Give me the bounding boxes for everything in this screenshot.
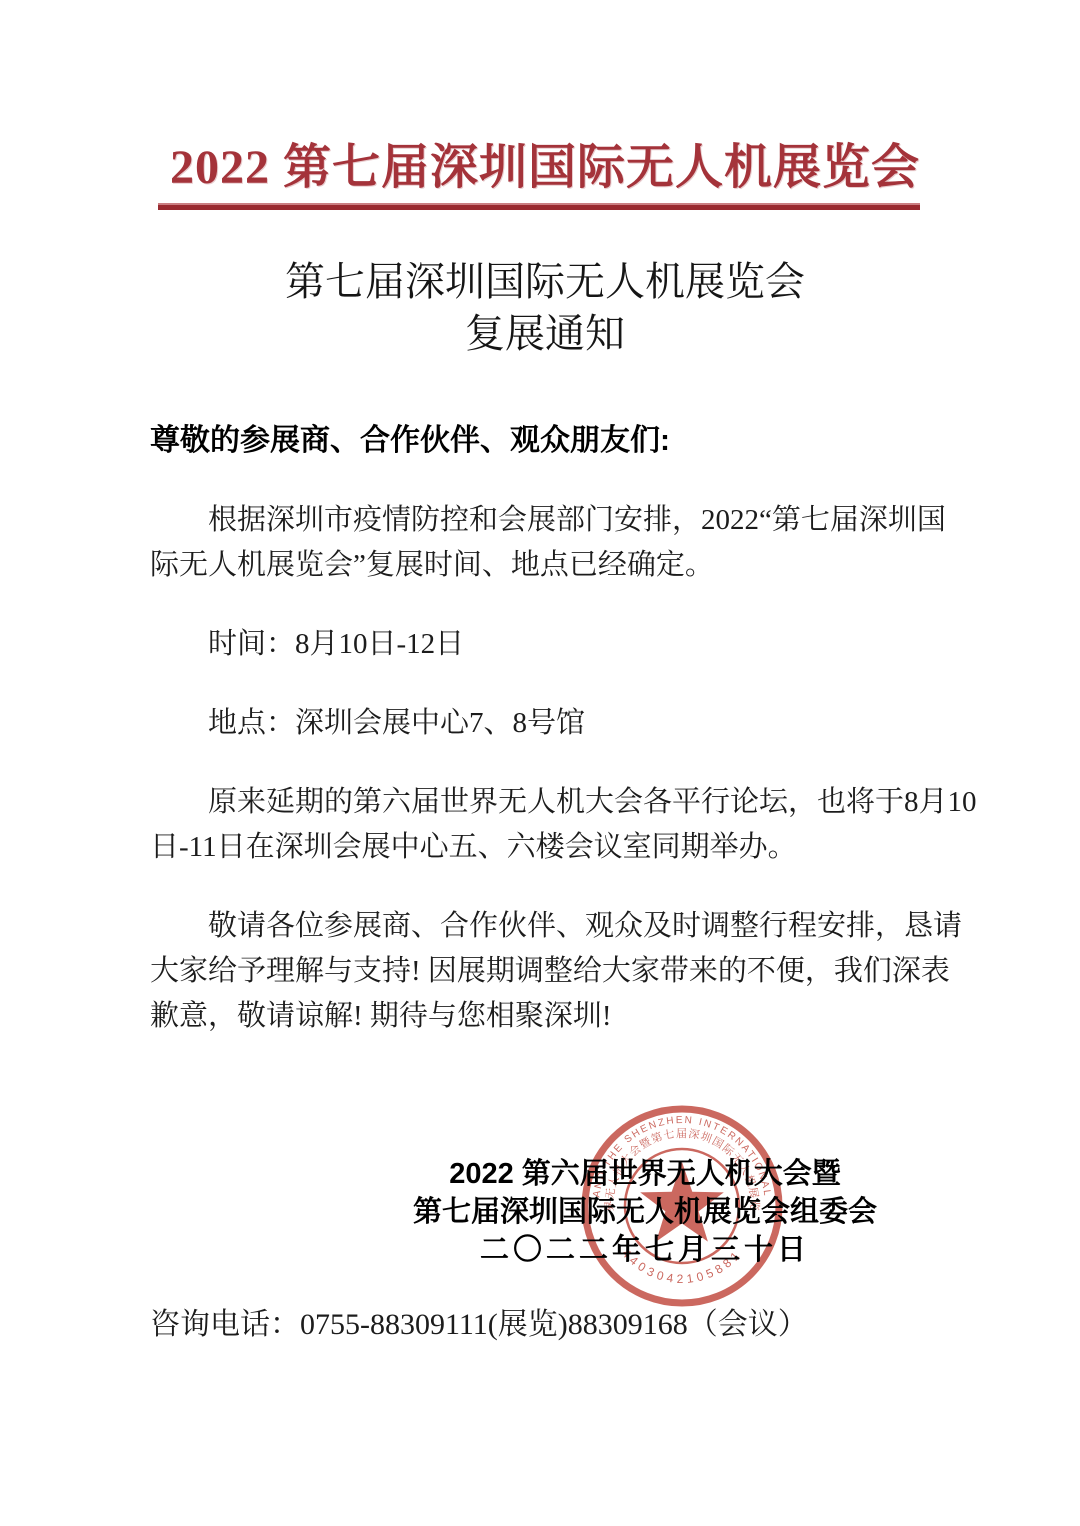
document-title-line1: 第七届深圳国际无人机展览会 bbox=[150, 256, 940, 308]
signature-block: 2022 第六届世界无人机大会暨 第七届深圳国际无人机展览会组委会 二〇二二年七… bbox=[350, 1155, 940, 1269]
contact-phone-line: 咨询电话：0755-88309111(展览)88309168（会议） bbox=[150, 1303, 940, 1347]
paragraph-forum-line2: 日-11日在深圳会展中心五、六楼会议室同期举办。 bbox=[150, 825, 940, 870]
paragraph-intro: 根据深圳市疫情防控和会展部门安排，2022“第七届深圳国 际无人机展览会”复展时… bbox=[150, 498, 940, 588]
venue-line-text: 地点：深圳会展中心7、8号馆 bbox=[150, 701, 940, 746]
paragraph-intro-line1: 根据深圳市疫情防控和会展部门安排，2022“第七届深圳国 bbox=[150, 498, 940, 543]
paragraph-apology-line2: 大家给予理解与支持! 因展期调整给大家带来的不便，我们深表 bbox=[150, 949, 940, 994]
salutation: 尊敬的参展商、合作伙伴、观众朋友们: bbox=[150, 418, 940, 464]
signature-organizer-line2: 第七届深圳国际无人机展览会组委会 bbox=[350, 1193, 940, 1231]
signature-organizer-line1: 2022 第六届世界无人机大会暨 bbox=[350, 1155, 940, 1193]
banner-title: 2022 第七届深圳国际无人机展览会 bbox=[150, 142, 940, 194]
notice-document-page: AND THE SHENZHEN INTERNATIONAL 第六届世界无人机大… bbox=[0, 0, 1080, 1526]
paragraph-apology-line3: 歉意，敬请谅解! 期待与您相聚深圳! bbox=[150, 994, 940, 1039]
document-content: 2022 第七届深圳国际无人机展览会 第七届深圳国际无人机展览会 复展通知 尊敬… bbox=[150, 142, 940, 1347]
document-title-line2: 复展通知 bbox=[150, 308, 940, 360]
paragraph-apology: 敬请各位参展商、合作伙伴、观众及时调整行程安排，恳请 大家给予理解与支持! 因展… bbox=[150, 904, 940, 1039]
document-title: 第七届深圳国际无人机展览会 复展通知 bbox=[150, 256, 940, 360]
signature-date: 二〇二二年七月三十日 bbox=[350, 1231, 940, 1269]
paragraph-forum: 原来延期的第六届世界无人机大会各平行论坛，也将于8月10 日-11日在深圳会展中… bbox=[150, 780, 940, 870]
paragraph-intro-line2: 际无人机展览会”复展时间、地点已经确定。 bbox=[150, 543, 940, 588]
time-line: 时间：8月10日-12日 bbox=[150, 622, 940, 667]
banner-divider-line bbox=[158, 203, 920, 210]
time-line-text: 时间：8月10日-12日 bbox=[150, 622, 940, 667]
paragraph-forum-line1: 原来延期的第六届世界无人机大会各平行论坛，也将于8月10 bbox=[150, 780, 940, 825]
paragraph-apology-line1: 敬请各位参展商、合作伙伴、观众及时调整行程安排，恳请 bbox=[150, 904, 940, 949]
venue-line: 地点：深圳会展中心7、8号馆 bbox=[150, 701, 940, 746]
